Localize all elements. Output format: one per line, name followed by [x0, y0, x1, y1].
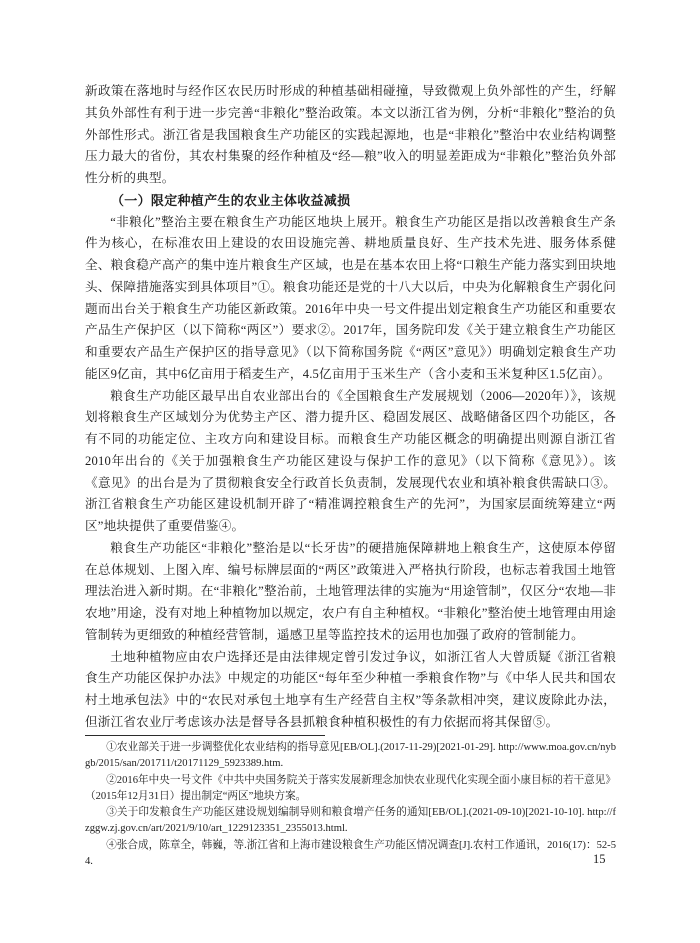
footnote-divider — [85, 735, 325, 736]
page-body: 新政策在落地时与经作区农民历时形成的种植基础相碰撞，导致微观上负外部性的产生，纾… — [85, 81, 616, 736]
body-paragraph: 粮食生产功能区最早出自农业部出台的《全国粮食生产发展规划（2006—2020年）… — [85, 386, 616, 538]
section-heading: （一）限定种植产生的农业主体收益减损 — [85, 190, 616, 212]
footnote-item: ①农业部关于进一步调整优化农业结构的指导意见[EB/OL].(2017-11-2… — [85, 740, 616, 773]
page-number: 15 — [593, 851, 606, 867]
body-paragraph: “非粮化”整治主要在粮食生产功能区地块上展开。粮食生产功能区是指以改善粮食生产条… — [85, 212, 616, 386]
opening-paragraph: 新政策在落地时与经作区农民历时形成的种植基础相碰撞，导致微观上负外部性的产生，纾… — [85, 81, 616, 190]
footnote-item: ③关于印发粮食生产功能区建设规划编制导则和粮食增产任务的通知[EB/OL].(2… — [85, 805, 616, 838]
paper-page: 新政策在落地时与经作区农民历时形成的种植基础相碰撞，导致微观上负外部性的产生，纾… — [0, 0, 700, 943]
footnote-item: ④张合成，陈章全，韩巍，等.浙江省和上海市建设粮食生产功能区情况调查[J].农村… — [85, 838, 616, 868]
footnotes-section: ①农业部关于进一步调整优化农业结构的指导意见[EB/OL].(2017-11-2… — [85, 740, 616, 868]
body-paragraph: 土地种植物应由农户选择还是由法律规定曾引发过争议，如浙江省人大曾质疑《浙江省粮食… — [85, 647, 616, 734]
footnote-item: ②2016年中央一号文件《中共中央国务院关于落实发展新理念加快农业现代化实现全面… — [85, 773, 616, 806]
body-paragraph: 粮食生产功能区“非粮化”整治是以“长牙齿”的硬措施保障耕地上粮食生产，这使原本停… — [85, 538, 616, 647]
